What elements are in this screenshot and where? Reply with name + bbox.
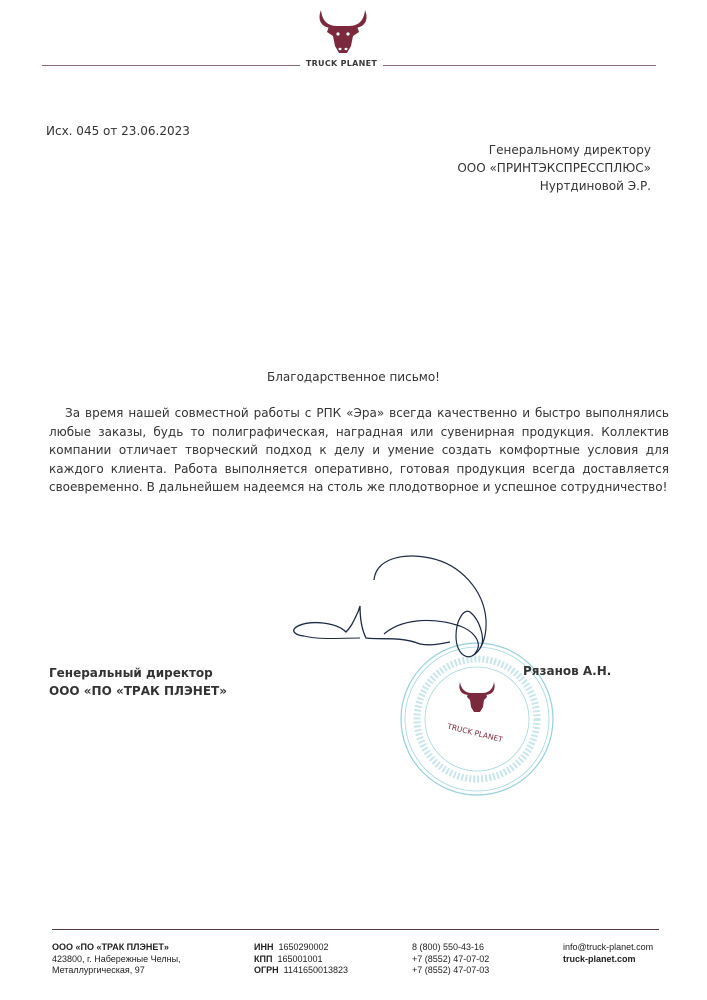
footer-ogrn: ОГРН1141650013823 (254, 965, 348, 977)
signatory-company: ООО «ПО «ТРАК ПЛЭНЕТ» (49, 682, 227, 700)
footer-phones: 8 (800) 550-43-16 +7 (8552) 47-07-02 +7 … (412, 942, 489, 977)
footer-phone[interactable]: 8 (800) 550-43-16 (412, 942, 489, 954)
bull-head-icon (313, 6, 373, 56)
outgoing-reference: Исх. 045 от 23.06.2023 (46, 124, 190, 138)
addressee-block: Генеральному директору ООО «ПРИНТЭКСПРЕС… (457, 141, 651, 195)
footer-contacts: info@truck-planet.com truck-planet.com (563, 942, 653, 965)
footer-company-name: ООО «ПО «ТРАК ПЛЭНЕТ» (52, 942, 181, 954)
addressee-position: Генеральному директору (457, 141, 651, 159)
footer-address-line1: 423800, г. Набережные Челны, (52, 954, 181, 966)
svg-text:TRUCK PLANET: TRUCK PLANET (445, 721, 504, 744)
signatory-block: Генеральный директор ООО «ПО «ТРАК ПЛЭНЕ… (49, 664, 227, 700)
footer-website[interactable]: truck-planet.com (563, 954, 653, 966)
footer-kpp: КПП165001001 (254, 954, 348, 966)
addressee-name: Нуртдиновой Э.Р. (457, 177, 651, 195)
header-divider-left (42, 65, 300, 66)
addressee-company: ООО «ПРИНТЭКСПРЕССПЛЮС» (457, 159, 651, 177)
handwritten-signature (280, 540, 510, 690)
footer-address-line2: Металлургическая, 97 (52, 965, 181, 977)
letter-paragraph: За время нашей совместной работы с РПК «… (49, 404, 669, 497)
footer-registration: ИНН1650290002 КПП165001001 ОГРН114165001… (254, 942, 348, 977)
signer-name: Рязанов А.Н. (523, 664, 611, 678)
letter-title: Благодарственное письмо! (0, 370, 707, 384)
footer-phone[interactable]: +7 (8552) 47-07-03 (412, 965, 489, 977)
signatory-position: Генеральный директор (49, 664, 227, 682)
letter-body: За время нашей совместной работы с РПК «… (49, 404, 669, 497)
footer-phone[interactable]: +7 (8552) 47-07-02 (412, 954, 489, 966)
footer-divider (52, 929, 659, 930)
footer-email[interactable]: info@truck-planet.com (563, 942, 653, 954)
footer-company-address: ООО «ПО «ТРАК ПЛЭНЕТ» 423800, г. Набереж… (52, 942, 181, 977)
brand-name: TRUCK PLANET (300, 59, 383, 68)
footer-inn: ИНН1650290002 (254, 942, 348, 954)
header-divider-right (383, 65, 656, 66)
